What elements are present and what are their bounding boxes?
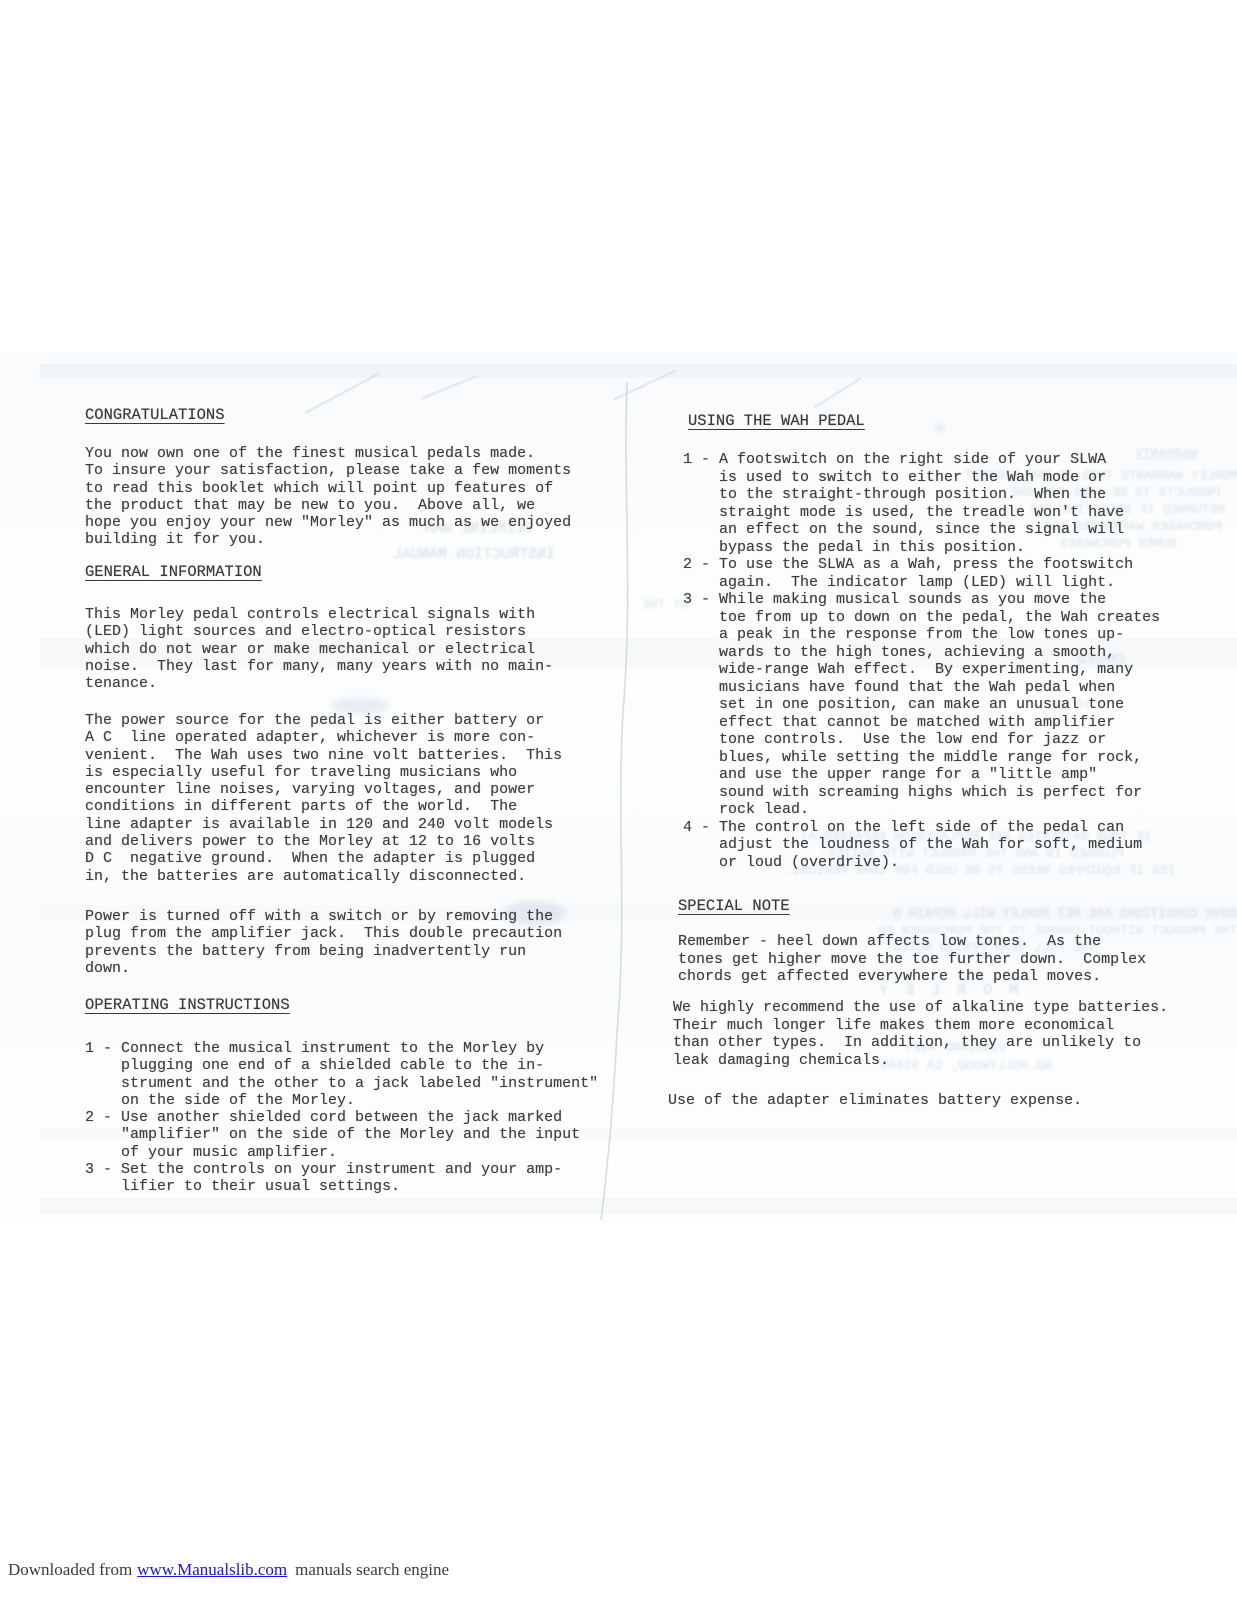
using-wah-pedal-heading: USING THE WAH PEDAL — [688, 412, 865, 430]
special-note-heading: SPECIAL NOTE — [678, 897, 790, 915]
operating-instructions-steps: 1 - Connect the musical instrument to th… — [85, 1040, 598, 1196]
footer-suffix: manuals search engine — [295, 1560, 449, 1579]
special-note-paragraph-2: We highly recommend the use of alkaline … — [673, 999, 1168, 1069]
operating-instructions-heading: OPERATING INSTRUCTIONS — [85, 996, 290, 1014]
bleed-through-text: BY THE — [642, 597, 689, 612]
congratulations-heading: CONGRATULATIONS — [85, 406, 225, 424]
intro-paragraph: You now own one of the finest musical pe… — [85, 445, 571, 549]
special-note-paragraph-1: Remember - heel down affects low tones. … — [678, 933, 1146, 986]
special-note-paragraph-3: Use of the adapter eliminates battery ex… — [668, 1092, 1082, 1110]
footer: Downloaded fromwww.Manualslib.commanuals… — [8, 1560, 449, 1580]
bleed-through-text: ONCE THE ABOVE CONDITIONS ARE MET MORLEY… — [893, 906, 1237, 921]
general-information-paragraph-2: The power source for the pedal is either… — [85, 712, 562, 885]
manualslib-link[interactable]: www.Manualslib.com — [137, 1560, 287, 1579]
general-information-heading: GENERAL INFORMATION — [85, 563, 262, 581]
footer-prefix: Downloaded from — [8, 1560, 132, 1579]
power-off-paragraph: Power is turned off with a switch or by … — [85, 908, 562, 977]
general-information-paragraph-1: This Morley pedal controls electrical si… — [85, 606, 553, 692]
paper-bottom-edge — [40, 1198, 1237, 1214]
paper-shade-band — [40, 364, 1237, 378]
wah-pedal-steps: 1 - A footswitch on the right side of yo… — [683, 451, 1160, 871]
ink-speck — [935, 424, 945, 432]
